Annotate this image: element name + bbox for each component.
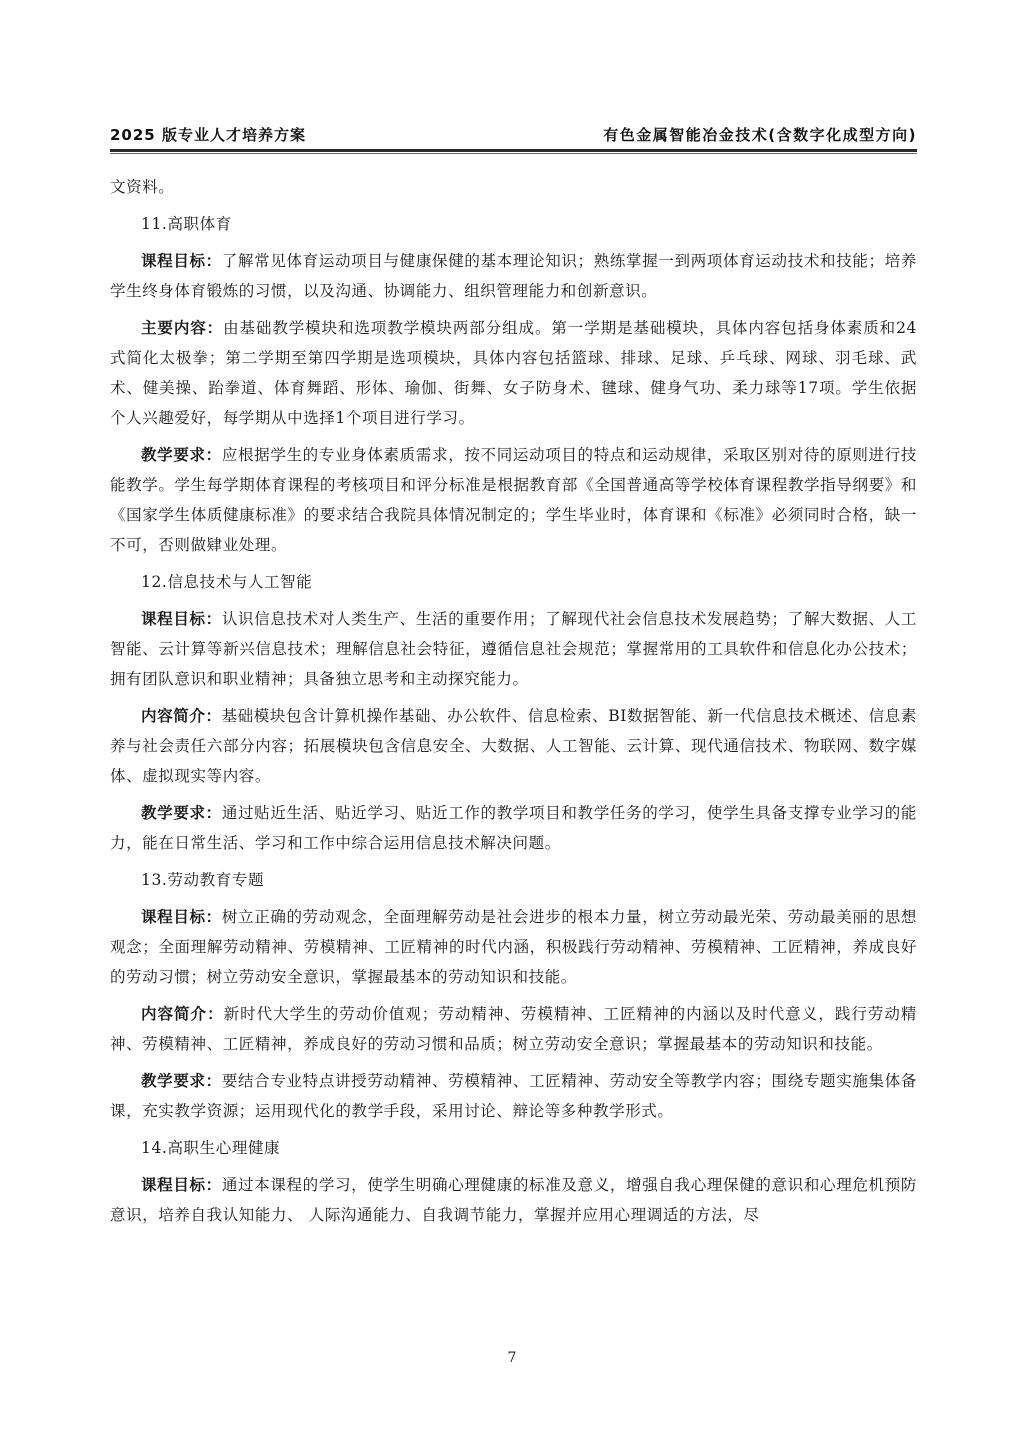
header-divider: [110, 149, 917, 154]
section-it-and-ai: 12.信息技术与人工智能 课程目标：认识信息技术对人类生产、生活的重要作用；了解…: [110, 567, 917, 858]
paragraph-content-intro: 内容简介：新时代大学生的劳动价值观；劳动精神、劳模精神、工匠精神的内涵以及时代意…: [110, 999, 917, 1059]
paragraph-label: 课程目标：: [141, 252, 222, 270]
paragraph-text: 由基础教学模块和选项教学模块两部分组成。第一学期是基础模块，具体内容包括身体素质…: [110, 319, 917, 427]
section-title: 14.高职生心理健康: [110, 1133, 917, 1163]
paragraph-label: 教学要求：: [141, 1072, 222, 1090]
section-physical-education: 11.高职体育 课程目标：了解常见体育运动项目与健康保健的基本理论知识；熟练掌握…: [110, 209, 917, 560]
paragraph-text: 树立正确的劳动观念，全面理解劳动是社会进步的根本力量，树立劳动最光荣、劳动最美丽…: [110, 908, 917, 986]
paragraph-text: 了解常见体育运动项目与健康保健的基本理论知识；熟练掌握一到两项体育运动技术和技能…: [110, 252, 917, 300]
paragraph-text: 应根据学生的专业身体素质需求，按不同运动项目的特点和运动规律，采取区别对待的原则…: [110, 446, 917, 554]
header-doc-title: 2025 版专业人才培养方案: [110, 124, 306, 145]
paragraph-content-intro: 内容简介：基础模块包含计算机操作基础、办公软件、信息检索、BI数据智能、新一代信…: [110, 701, 917, 791]
paragraph-text: 新时代大学生的劳动价值观；劳动精神、劳模精神、工匠精神的内涵以及时代意义，践行劳…: [110, 1005, 917, 1053]
header-program-name: 有色金属智能冶金技术(含数字化成型方向): [603, 124, 917, 145]
continued-text: 文资料。: [110, 172, 917, 202]
paragraph-course-goal: 课程目标：认识信息技术对人类生产、生活的重要作用；了解现代社会信息技术发展趋势；…: [110, 604, 917, 694]
paragraph-label: 教学要求：: [141, 804, 222, 822]
page-number: 7: [0, 1350, 1024, 1366]
page-header: 2025 版专业人才培养方案 有色金属智能冶金技术(含数字化成型方向): [110, 124, 917, 146]
section-title: 13.劳动教育专题: [110, 865, 917, 895]
section-mental-health: 14.高职生心理健康 课程目标：通过本课程的学习，使学生明确心理健康的标准及意义…: [110, 1133, 917, 1230]
paragraph-label: 课程目标：: [141, 1176, 222, 1194]
paragraph-label: 课程目标：: [141, 610, 222, 628]
paragraph-label: 内容简介：: [141, 707, 222, 725]
paragraph-text: 通过贴近生活、贴近学习、贴近工作的教学项目和教学任务的学习，使学生具备支撑专业学…: [110, 804, 917, 852]
paragraph-course-goal: 课程目标：树立正确的劳动观念，全面理解劳动是社会进步的根本力量，树立劳动最光荣、…: [110, 902, 917, 992]
paragraph-label: 教学要求：: [141, 446, 222, 464]
document-body: 文资料。 11.高职体育 课程目标：了解常见体育运动项目与健康保健的基本理论知识…: [110, 172, 917, 1237]
paragraph-course-goal: 课程目标：了解常见体育运动项目与健康保健的基本理论知识；熟练掌握一到两项体育运动…: [110, 246, 917, 306]
section-title: 12.信息技术与人工智能: [110, 567, 917, 597]
paragraph-text: 基础模块包含计算机操作基础、办公软件、信息检索、BI数据智能、新一代信息技术概述…: [110, 707, 917, 785]
paragraph-teaching-requirements: 教学要求：通过贴近生活、贴近学习、贴近工作的教学项目和教学任务的学习，使学生具备…: [110, 798, 917, 858]
paragraph-teaching-requirements: 教学要求：要结合专业特点讲授劳动精神、劳模精神、工匠精神、劳动安全等教学内容；围…: [110, 1066, 917, 1126]
section-title: 11.高职体育: [110, 209, 917, 239]
paragraph-text: 认识信息技术对人类生产、生活的重要作用；了解现代社会信息技术发展趋势；了解大数据…: [110, 610, 917, 688]
section-labor-education: 13.劳动教育专题 课程目标：树立正确的劳动观念，全面理解劳动是社会进步的根本力…: [110, 865, 917, 1126]
paragraph-label: 主要内容：: [141, 319, 223, 337]
paragraph-course-goal: 课程目标：通过本课程的学习，使学生明确心理健康的标准及意义，增强自我心理保健的意…: [110, 1170, 917, 1230]
paragraph-label: 课程目标：: [141, 908, 222, 926]
paragraph-label: 内容简介：: [141, 1005, 224, 1023]
paragraph-main-content: 主要内容：由基础教学模块和选项教学模块两部分组成。第一学期是基础模块，具体内容包…: [110, 313, 917, 433]
paragraph-text: 要结合专业特点讲授劳动精神、劳模精神、工匠精神、劳动安全等教学内容；围绕专题实施…: [110, 1072, 917, 1120]
paragraph-teaching-requirements: 教学要求：应根据学生的专业身体素质需求，按不同运动项目的特点和运动规律，采取区别…: [110, 440, 917, 560]
paragraph-text: 通过本课程的学习，使学生明确心理健康的标准及意义，增强自我心理保健的意识和心理危…: [110, 1176, 917, 1224]
